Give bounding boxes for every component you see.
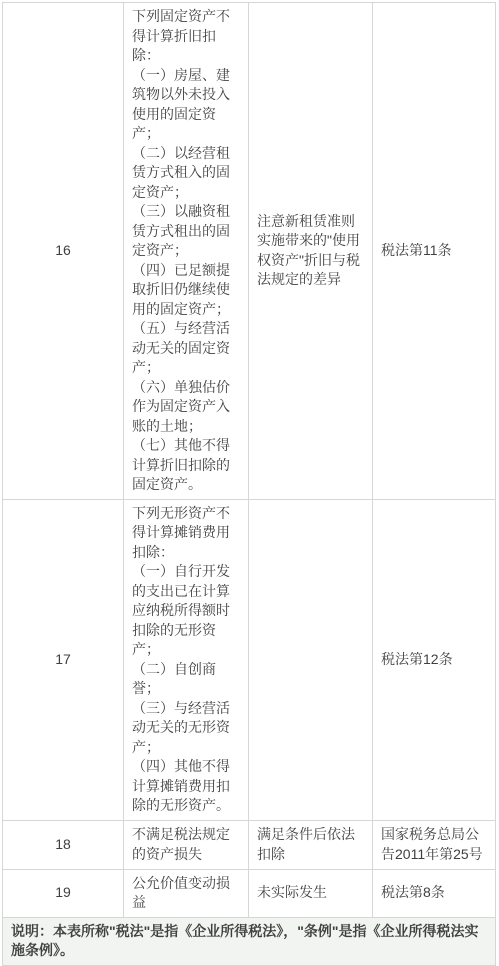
row-number-cell: 17	[3, 499, 124, 820]
legal-basis-cell: 税法第12条	[373, 499, 496, 820]
note-cell: 满足条件后依法扣除	[249, 820, 373, 869]
note-cell: 未实际发生	[249, 869, 373, 917]
row-number-cell: 18	[3, 820, 124, 869]
item-description-cell: 不满足税法规定的资产损失	[124, 820, 249, 869]
item-description-cell: 公允价值变动损益	[124, 869, 249, 917]
tax-deduction-table: 16 下列固定资产不得计算折旧扣除： （一）房屋、建筑物以外未投入使用的固定资产…	[2, 2, 496, 966]
table-row-17: 17 下列无形资产不得计算摊销费用扣除： （一）自行开发的支出已在计算应纳税所得…	[3, 499, 496, 820]
table-row-16: 16 下列固定资产不得计算折旧扣除： （一）房屋、建筑物以外未投入使用的固定资产…	[3, 3, 496, 500]
item-description-cell: 下列固定资产不得计算折旧扣除： （一）房屋、建筑物以外未投入使用的固定资产； （…	[124, 3, 249, 500]
legal-basis-cell: 税法第8条	[373, 869, 496, 917]
legal-basis-cell: 国家税务总局公告2011年第25号	[373, 820, 496, 869]
table-row-18: 18 不满足税法规定的资产损失 满足条件后依法扣除 国家税务总局公告2011年第…	[3, 820, 496, 869]
note-cell	[249, 499, 373, 820]
note-cell: 注意新租赁准则实施带来的"使用权资产"折旧与税法规定的差异	[249, 3, 373, 500]
footnote-text: 说明：本表所称"税法"是指《企业所得税法》，"条例"是指《企业所得税法实施条例》…	[3, 917, 496, 965]
table-footnote-row: 说明：本表所称"税法"是指《企业所得税法》，"条例"是指《企业所得税法实施条例》…	[3, 917, 496, 965]
row-number-cell: 19	[3, 869, 124, 917]
item-description-cell: 下列无形资产不得计算摊销费用扣除： （一）自行开发的支出已在计算应纳税所得额时扣…	[124, 499, 249, 820]
row-number-cell: 16	[3, 3, 124, 500]
legal-basis-cell: 税法第11条	[373, 3, 496, 500]
table-row-19: 19 公允价值变动损益 未实际发生 税法第8条	[3, 869, 496, 917]
